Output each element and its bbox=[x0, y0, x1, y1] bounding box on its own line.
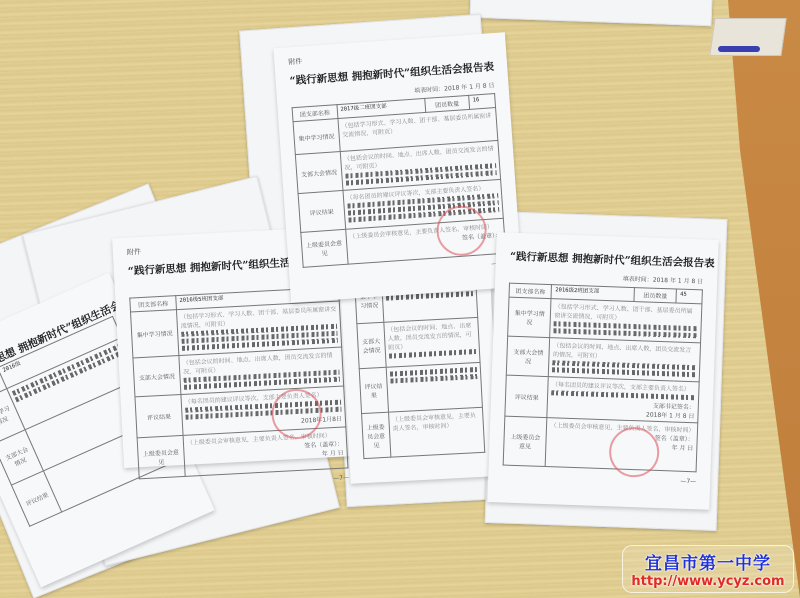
network-cable bbox=[718, 46, 760, 52]
branch-meeting-label: 支部大会情况 bbox=[295, 152, 342, 194]
group-study-label: 集中学习情况 bbox=[508, 297, 552, 337]
report-form-top-center: 附件 “践行新思想 拥抱新时代”组织生活会报告表 填表时间：2018 年 1 月… bbox=[273, 32, 522, 303]
watermark-url: http://www.ycyz.com bbox=[623, 574, 793, 589]
branch-name-label: 团支部名称 bbox=[509, 283, 552, 298]
form-title: “践行新思想 拥抱新时代”组织生活会报告表 bbox=[510, 249, 704, 271]
evaluation-label: 评议结果 bbox=[298, 190, 345, 232]
evaluation-label: 评议结果 bbox=[135, 395, 183, 438]
branch-meeting-label: 支部大会情况 bbox=[133, 356, 181, 397]
evaluation-label: 评议结果 bbox=[359, 367, 388, 413]
fill-date-label: 填表时间： bbox=[414, 86, 444, 95]
superior-opinion-label: 上级委员会意见 bbox=[503, 416, 547, 466]
watermark-school-name: 宜昌市第一中学 bbox=[623, 549, 793, 574]
fill-date-value: 2018 年 1 月 8 日 bbox=[653, 277, 704, 286]
superior-opinion-label: 上级委员会意见 bbox=[137, 435, 185, 478]
member-count-value: 45 bbox=[676, 289, 702, 304]
member-count-label: 团员数量 bbox=[634, 288, 677, 303]
group-study-label: 集中学习情况 bbox=[293, 119, 340, 155]
superior-opinion-label: 上级委员会意见 bbox=[301, 229, 348, 267]
branch-meeting-label: 支部大会情况 bbox=[357, 322, 386, 368]
branch-meeting-label: 支部大会情况 bbox=[506, 336, 550, 376]
fill-date-value: 2018 年 1 月 8 日 bbox=[444, 82, 495, 93]
fill-date-label: 填表时间： bbox=[623, 276, 653, 284]
superior-opinion-label: 上级委员会意见 bbox=[362, 412, 391, 458]
form-table: 团支部名称2016级2班团支部团员数量45 集中学习情况（包括学习形式、学习人数… bbox=[503, 283, 703, 473]
group-study-label: 集中学习情况 bbox=[131, 310, 179, 358]
site-watermark: 宜昌市第一中学 http://www.ycyz.com bbox=[622, 545, 794, 593]
form-table: 集中学习情况 支部大会情况（包括会议的时间、地点、出席人数，团员交流发言的情况，… bbox=[354, 272, 485, 459]
page-number: —7— bbox=[502, 472, 696, 486]
form-table: 团支部名称2016级5班团支部 集中学习情况（包括学习形式、学习人数、团干部、基… bbox=[129, 287, 348, 480]
report-form-right: “践行新思想 拥抱新时代”组织生活会报告表 填表时间：2018 年 1 月 8 … bbox=[487, 232, 718, 510]
evaluation-label: 评议结果 bbox=[505, 375, 549, 417]
